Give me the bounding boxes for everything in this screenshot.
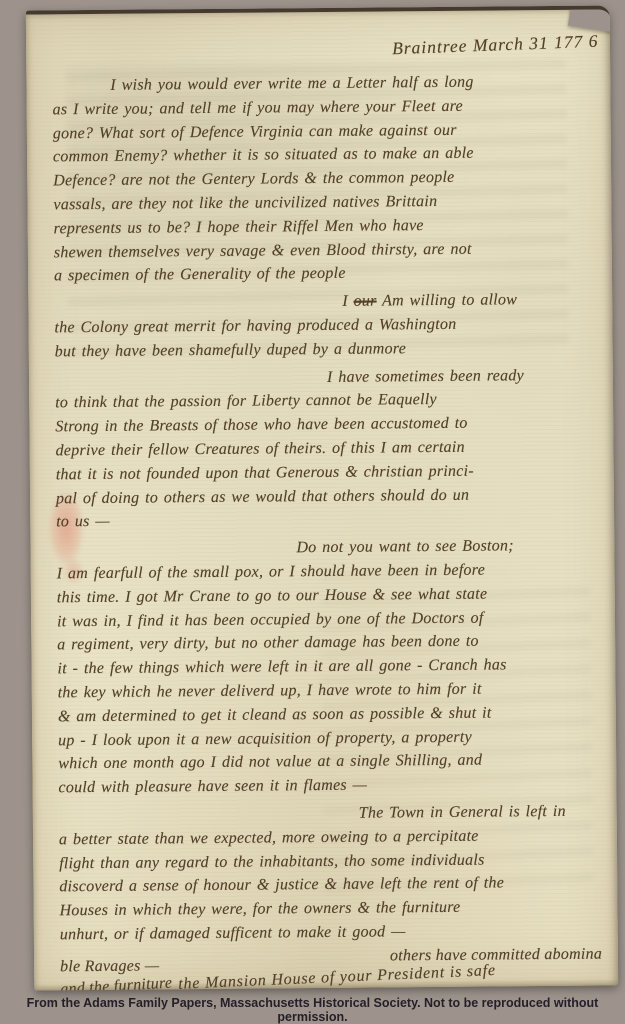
letter-line-text: Am willing to allow [377,291,518,309]
letter-paragraph: Do not you want to see Boston;I am fearf… [56,534,606,801]
letter-line: but they have been shamefully duped by a… [55,335,603,364]
letter-page: Braintree March 31 177 6 I wish you woul… [26,5,619,990]
letter-paragraph: I our Am willing to allowthe Colony grea… [54,288,603,364]
closing-line-unhurt: unhurt whilst both [252,988,352,991]
closing-line-furniture: and the furniture [60,974,173,990]
letter-line: unhurt, or if damaged sufficent to make … [60,918,608,947]
closing-line-abominable: others have committed abomina [390,946,602,966]
letter-line: a specimen of the Generality of the peop… [54,260,602,289]
closing-line-mansion: the Mansion House of your President is s… [178,962,496,991]
letter-line-text: I [342,293,353,310]
dateline: Braintree March 31 177 6 [391,31,598,60]
closing-line-ravages: ble Ravages — [60,957,159,976]
torn-corner [568,5,618,33]
closing-lines: others have committed abomina ble Ravage… [60,945,618,990]
struck-word: our [354,293,377,310]
archive-caption: From the Adams Family Papers, Massachuse… [0,996,625,1024]
letter-line: The Town in General is left in [59,799,607,828]
letter-paragraph: I wish you would ever write me a Letter … [52,70,602,289]
letter-body: I wish you would ever write me a Letter … [52,70,608,951]
photo-background: Braintree March 31 177 6 I wish you woul… [0,0,625,1024]
letter-paragraph: The Town in General is left ina better s… [59,799,608,947]
letter-line: to us — [56,506,604,535]
letter-paragraph: I have sometimes been readyto think that… [55,363,604,534]
letter-line: could with pleasure have seen it in flam… [58,772,606,801]
